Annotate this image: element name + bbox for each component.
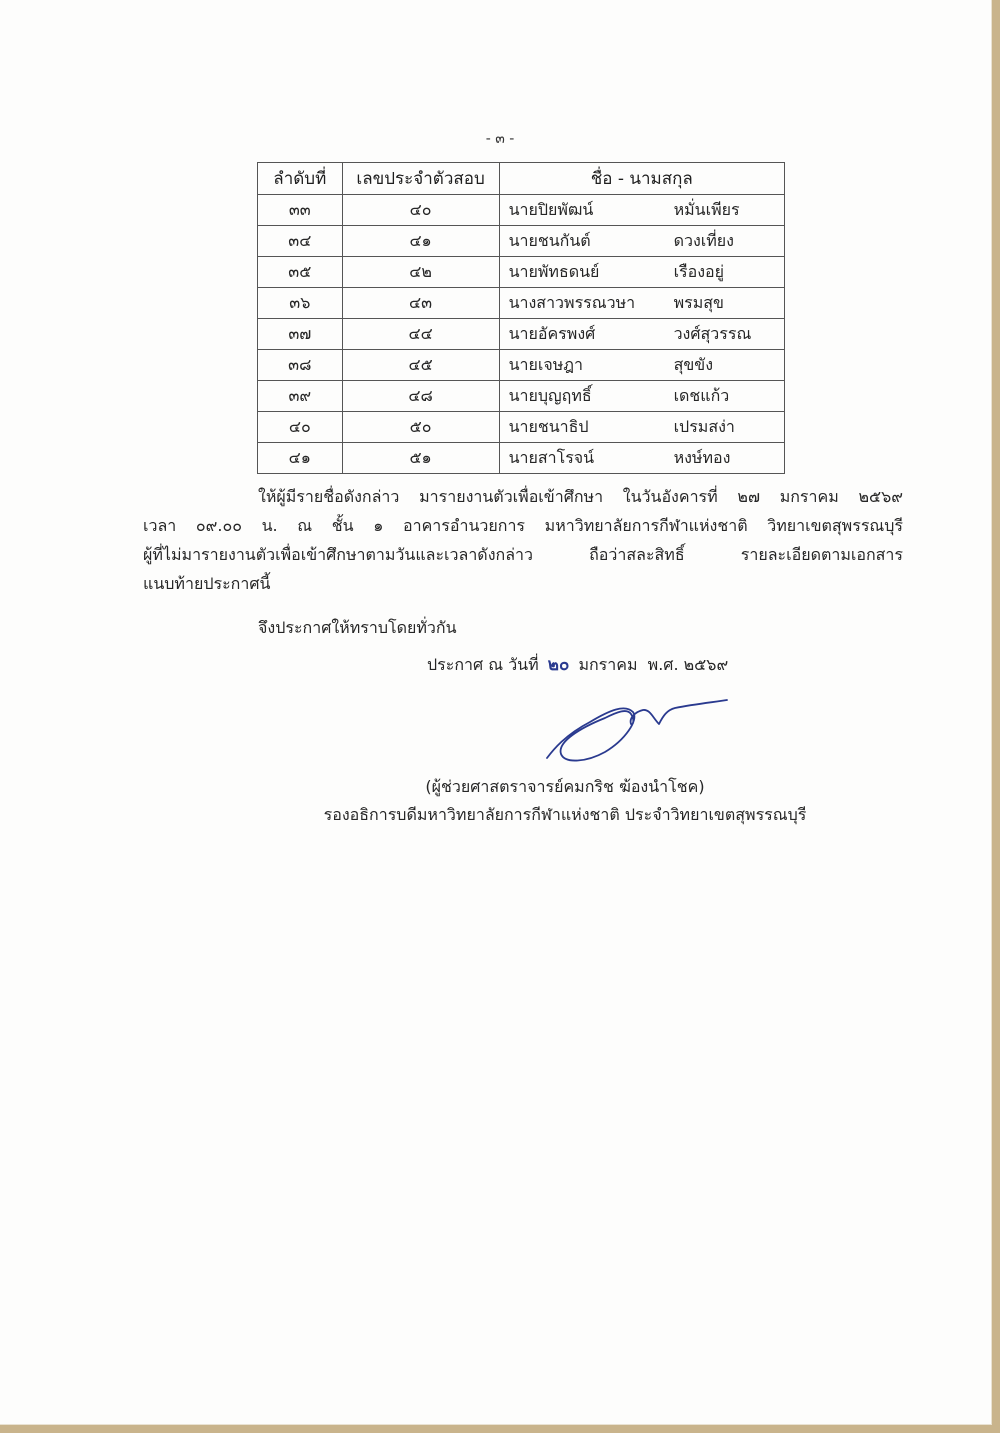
cell-seq: ๓๕ [258,257,343,288]
cell-exam-id: ๔๐ [342,195,499,226]
last-name: ดวงเที่ยง [674,226,784,256]
last-name: วงศ์สุวรรณ [674,319,784,349]
table-row: ๓๔๔๑นายชนกันต์ดวงเที่ยง [258,226,785,257]
table-row: ๓๗๔๔นายอัครพงศ์วงศ์สุวรรณ [258,319,785,350]
first-name: นายสาโรจน์ [509,443,674,473]
first-name: นายชนาธิป [509,412,674,442]
announcement-body: ให้ผู้มีรายชื่อดังกล่าว มารายงานตัวเพื่อ… [143,482,903,598]
cell-seq: ๓๓ [258,195,343,226]
signer-name: (ผู้ช่วยศาสตราจารย์คมกริช ฆ้องนำโชค) [300,773,830,801]
table-row: ๓๖๔๓นางสาวพรรณวษาพรมสุข [258,288,785,319]
signer-title: รองอธิการบดีมหาวิทยาลัยการกีฬาแห่งชาติ ป… [300,801,830,829]
first-name: นายอัครพงศ์ [509,319,674,349]
cell-seq: ๓๖ [258,288,343,319]
cell-exam-id: ๔๔ [342,319,499,350]
cell-exam-id: ๔๘ [342,381,499,412]
cell-name: นางสาวพรรณวษาพรมสุข [499,288,784,319]
document-page: - ๓ - ลำดับที่ เลขประจำตัวสอบ ชื่อ - นาม… [0,0,992,1425]
last-name: พรมสุข [674,288,784,318]
cell-name: นายชนาธิปเปรมสง่า [499,412,784,443]
last-name: เปรมสง่า [674,412,784,442]
first-name: นายชนกันต์ [509,226,674,256]
date-prefix: ประกาศ ณ วันที่ [427,655,539,674]
announcement-date: ประกาศ ณ วันที่ ๒๐ มกราคม พ.ศ. ๒๕๖๙ [427,650,728,680]
body-line: ผู้ที่ไม่มารายงานตัวเพื่อเข้าศึกษาตามวัน… [143,540,903,569]
cell-name: นายบุญฤทธิ์เดชแก้ว [499,381,784,412]
table-row: ๓๓๔๐นายปิยพัฒน์หมั่นเพียร [258,195,785,226]
last-name: หมั่นเพียร [674,195,784,225]
header-exam-id: เลขประจำตัวสอบ [342,163,499,195]
cell-exam-id: ๔๕ [342,350,499,381]
table-header-row: ลำดับที่ เลขประจำตัวสอบ ชื่อ - นามสกุล [258,163,785,195]
last-name: หงษ์ทอง [674,443,784,473]
page-number: - ๓ - [480,128,520,150]
cell-name: นายสาโรจน์หงษ์ทอง [499,443,784,474]
cell-name: นายพัทธดนย์เรืองอยู่ [499,257,784,288]
last-name: สุขขัง [674,350,784,380]
cell-name: นายอัครพงศ์วงศ์สุวรรณ [499,319,784,350]
cell-exam-id: ๕๑ [342,443,499,474]
cell-seq: ๔๑ [258,443,343,474]
first-name: นายพัทธดนย์ [509,257,674,287]
cell-name: นายปิยพัฒน์หมั่นเพียร [499,195,784,226]
cell-name: นายเจษฎาสุขขัง [499,350,784,381]
table-body: ๓๓๔๐นายปิยพัฒน์หมั่นเพียร๓๔๔๑นายชนกันต์ด… [258,195,785,474]
closing-statement: จึงประกาศให้ทราบโดยทั่วกัน [258,613,457,642]
table-row: ๔๑๕๑นายสาโรจน์หงษ์ทอง [258,443,785,474]
first-name: นายบุญฤทธิ์ [509,381,674,411]
header-name: ชื่อ - นามสกุล [499,163,784,195]
table-row: ๓๕๔๒นายพัทธดนย์เรืองอยู่ [258,257,785,288]
first-name: นายเจษฎา [509,350,674,380]
last-name: เดชแก้ว [674,381,784,411]
first-name: นางสาวพรรณวษา [509,288,674,318]
table-row: ๔๐๕๐นายชนาธิปเปรมสง่า [258,412,785,443]
cell-exam-id: ๔๒ [342,257,499,288]
table-row: ๓๙๔๘นายบุญฤทธิ์เดชแก้ว [258,381,785,412]
body-line: ให้ผู้มีรายชื่อดังกล่าว มารายงานตัวเพื่อ… [143,482,903,511]
signature-icon [535,690,735,770]
date-month: มกราคม [578,655,637,674]
handwritten-day: ๒๐ [544,655,574,675]
candidate-table: ลำดับที่ เลขประจำตัวสอบ ชื่อ - นามสกุล ๓… [257,162,785,474]
date-year: พ.ศ. ๒๕๖๙ [648,655,729,674]
cell-seq: ๓๙ [258,381,343,412]
cell-seq: ๓๔ [258,226,343,257]
cell-seq: ๓๘ [258,350,343,381]
body-line: แนบท้ายประกาศนี้ [143,569,903,598]
cell-name: นายชนกันต์ดวงเที่ยง [499,226,784,257]
body-line: เวลา ๐๙.๐๐ น. ณ ชั้น ๑ อาคารอำนวยการ มหา… [143,511,903,540]
cell-seq: ๓๗ [258,319,343,350]
last-name: เรืองอยู่ [674,257,784,287]
table-row: ๓๘๔๕นายเจษฎาสุขขัง [258,350,785,381]
cell-exam-id: ๕๐ [342,412,499,443]
cell-seq: ๔๐ [258,412,343,443]
cell-exam-id: ๔๑ [342,226,499,257]
first-name: นายปิยพัฒน์ [509,195,674,225]
cell-exam-id: ๔๓ [342,288,499,319]
header-seq: ลำดับที่ [258,163,343,195]
